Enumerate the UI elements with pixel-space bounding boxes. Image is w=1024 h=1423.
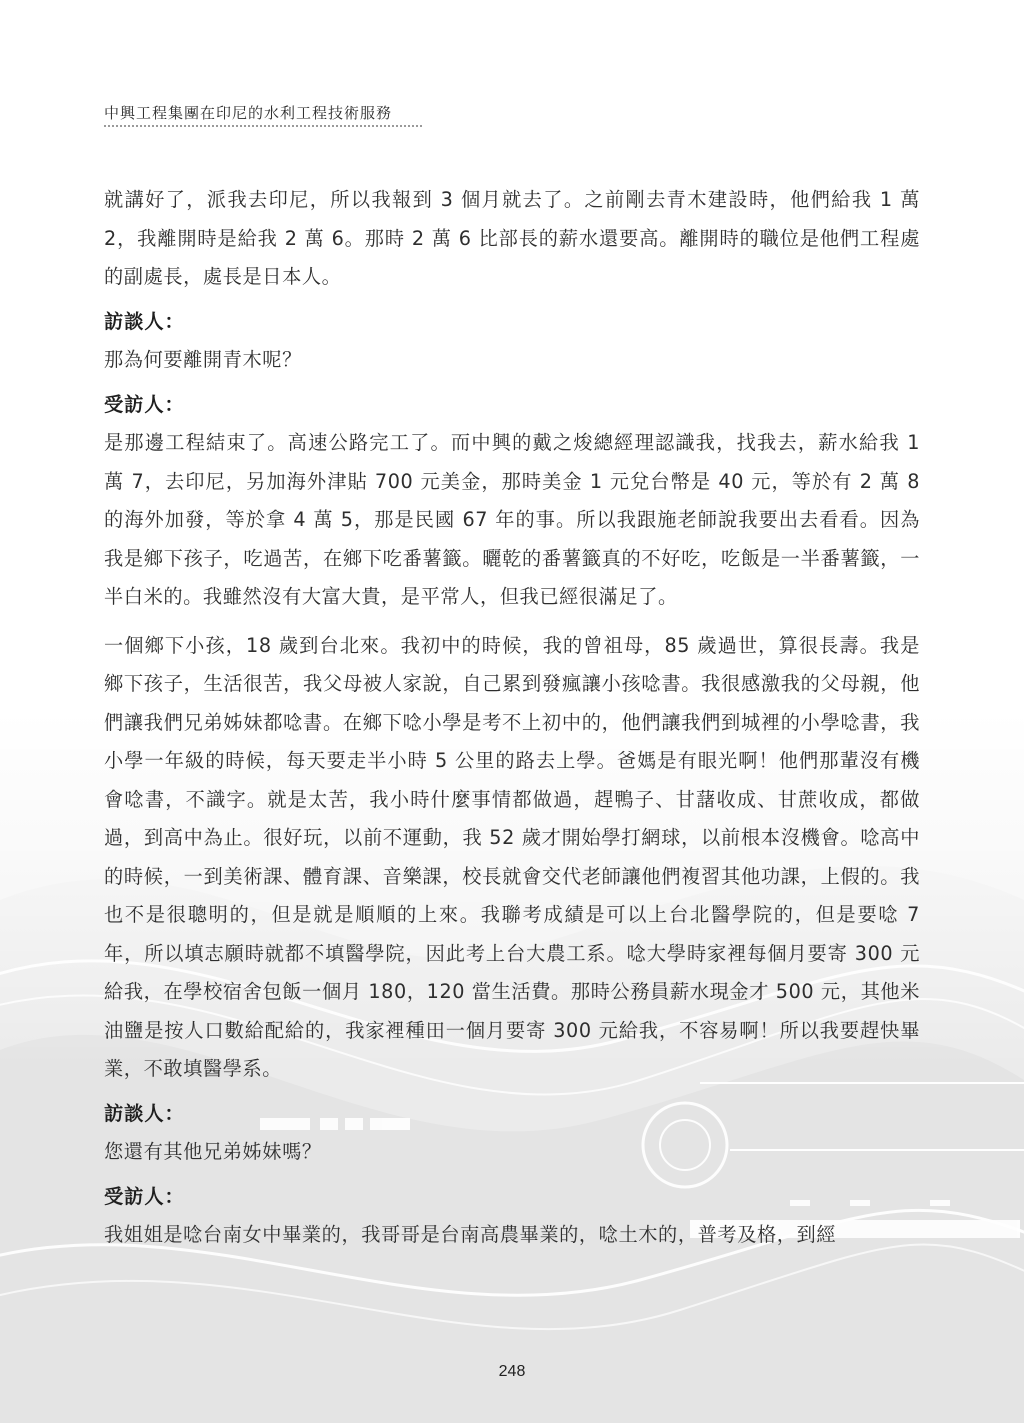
header-dotted-rule <box>104 125 422 127</box>
paragraph: 是那邊工程結束了。高速公路完工了。而中興的戴之焌總經理認識我，找我去，薪水給我 … <box>104 424 920 617</box>
document-page: 中興工程集團在印尼的水利工程技術服務 就講好了，派我去印尼，所以我報到 3 個月… <box>0 0 1024 1423</box>
speaker-label-interviewee: 受訪人： <box>104 1178 920 1217</box>
paragraph: 那為何要離開青木呢？ <box>104 341 920 380</box>
speaker-label-interviewer: 訪談人： <box>104 1095 920 1134</box>
page-number: 248 <box>0 1363 1024 1381</box>
paragraph: 我姐姐是唸台南女中畢業的，我哥哥是台南高農畢業的，唸土木的，普考及格，到經 <box>104 1216 920 1255</box>
speaker-label-interviewer: 訪談人： <box>104 303 920 342</box>
interview-transcript: 就講好了，派我去印尼，所以我報到 3 個月就去了。之前剛去青木建設時，他們給我 … <box>104 181 920 1255</box>
speaker-label-interviewee: 受訪人： <box>104 386 920 425</box>
paragraph: 就講好了，派我去印尼，所以我報到 3 個月就去了。之前剛去青木建設時，他們給我 … <box>104 181 920 297</box>
paragraph: 您還有其他兄弟姊妹嗎？ <box>104 1133 920 1172</box>
running-header: 中興工程集團在印尼的水利工程技術服務 <box>104 102 392 123</box>
paragraph: 一個鄉下小孩，18 歲到台北來。我初中的時候，我的曾祖母，85 歲過世，算很長壽… <box>104 627 920 1089</box>
